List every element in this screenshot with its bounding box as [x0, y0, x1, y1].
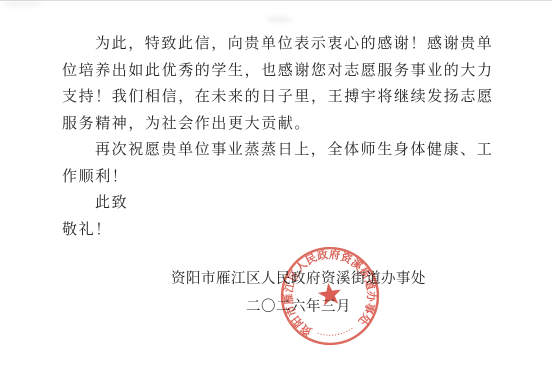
seal-serial-number: •••••••••••••	[316, 325, 356, 340]
body-line: 服务精神，为社会作出更大贡献。	[62, 111, 496, 138]
body-line: 位培养出如此优秀的学生，也感谢您对志愿服务事业的大力	[62, 58, 496, 85]
body-line: 敬礼！	[62, 217, 496, 244]
body-line: 此致	[62, 190, 496, 217]
body-line: 再次祝愿贵单位事业蒸蒸日上，全体师生身体健康、工	[62, 137, 496, 164]
letter-page: 为此，特致此信，向贵单位表示衷心的感谢！感谢贵单位培养出如此优秀的学生，也感谢您…	[0, 0, 552, 370]
signature-block: 资阳市雁江区人民政府资溪街道办事处 二〇二六年三月	[171, 265, 426, 321]
signature-org: 资阳市雁江区人民政府资溪街道办事处	[171, 265, 426, 293]
letter-body: 为此，特致此信，向贵单位表示衷心的感谢！感谢贵单位培养出如此优秀的学生，也感谢您…	[62, 31, 496, 321]
body-line: 支持！我们相信，在未来的日子里，王搏宇将继续发扬志愿	[62, 84, 496, 111]
scan-smudge	[266, 16, 292, 23]
scan-edge-artifact	[0, 0, 552, 1]
body-line: 作顺利！	[62, 164, 496, 191]
body-line: 为此，特致此信，向贵单位表示衷心的感谢！感谢贵单	[62, 31, 496, 58]
signature-date: 二〇二六年三月	[171, 293, 426, 321]
scan-smudge	[2, 1, 42, 7]
letter-lines: 为此，特致此信，向贵单位表示衷心的感谢！感谢贵单位培养出如此优秀的学生，也感谢您…	[62, 31, 496, 243]
